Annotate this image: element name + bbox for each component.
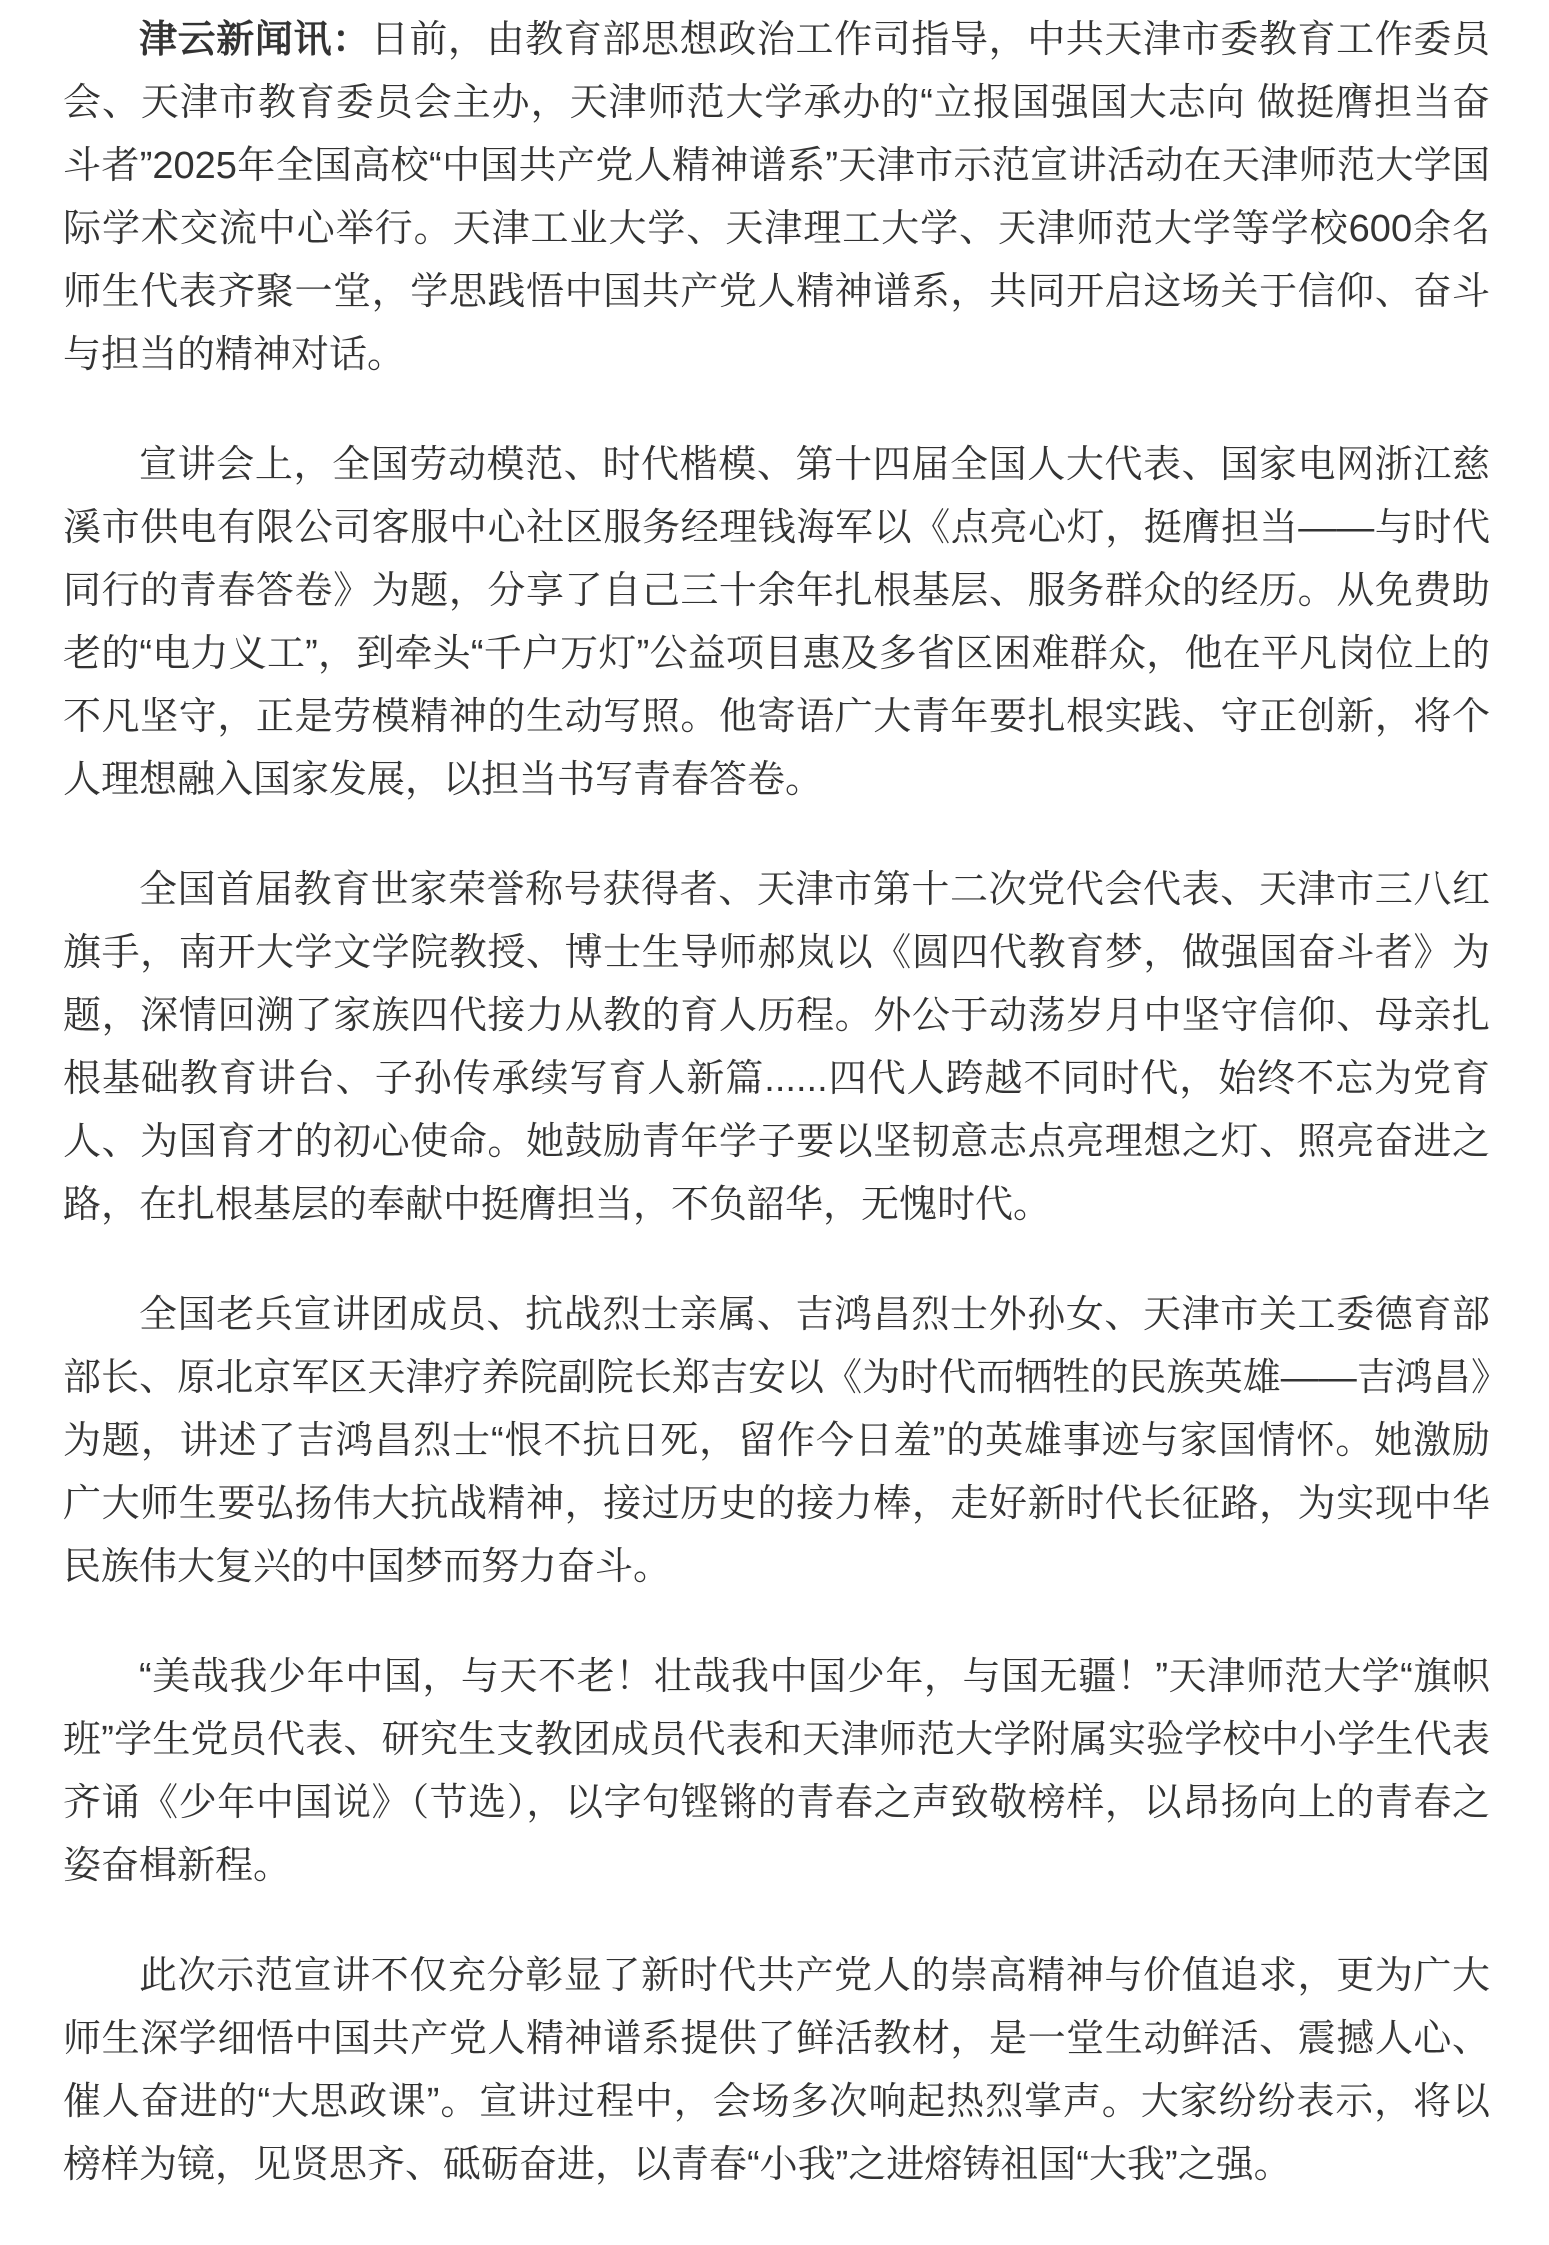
article-body: 津云新闻讯：日前，由教育部思想政治工作司指导，中共天津市委教育工作委员会、天津市…	[0, 0, 1549, 2237]
paragraph-text: 此次示范宣讲不仅充分彰显了新时代共产党人的崇高精神与价值追求，更为广大师生深学细…	[63, 1955, 1490, 2186]
paragraph-text: “美哉我少年中国，与天不老！壮哉我中国少年，与国无疆！”天津师范大学“旗帜班”学…	[63, 1656, 1490, 1887]
paragraph-recitation: “美哉我少年中国，与天不老！壮哉我中国少年，与国无疆！”天津师范大学“旗帜班”学…	[63, 1646, 1490, 1898]
paragraph-speaker-zhengjian: 全国老兵宣讲团成员、抗战烈士亲属、吉鸿昌烈士外孙女、天津市关工委德育部部长、原北…	[63, 1284, 1490, 1599]
paragraph-speaker-qianhaijun: 宣讲会上，全国劳动模范、时代楷模、第十四届全国人大代表、国家电网浙江慈溪市供电有…	[63, 434, 1490, 812]
page: { "colors": { "background": "#ffffff", "…	[0, 0, 1549, 2245]
paragraph-conclusion: 此次示范宣讲不仅充分彰显了新时代共产党人的崇高精神与价值追求，更为广大师生深学细…	[63, 1945, 1490, 2197]
paragraph-text: 全国首届教育世家荣誉称号获得者、天津市第十二次党代会代表、天津市三八红旗手，南开…	[63, 869, 1490, 1226]
paragraph-speaker-haolan: 全国首届教育世家荣誉称号获得者、天津市第十二次党代会代表、天津市三八红旗手，南开…	[63, 859, 1490, 1237]
paragraph-intro: 津云新闻讯：日前，由教育部思想政治工作司指导，中共天津市委教育工作委员会、天津市…	[63, 9, 1490, 387]
paragraph-text: 全国老兵宣讲团成员、抗战烈士亲属、吉鸿昌烈士外孙女、天津市关工委德育部部长、原北…	[63, 1294, 1490, 1588]
news-source-label: 津云新闻讯：	[139, 19, 371, 61]
paragraph-text: 宣讲会上，全国劳动模范、时代楷模、第十四届全国人大代表、国家电网浙江慈溪市供电有…	[63, 444, 1490, 801]
paragraph-text: 日前，由教育部思想政治工作司指导，中共天津市委教育工作委员会、天津市教育委员会主…	[63, 19, 1490, 376]
